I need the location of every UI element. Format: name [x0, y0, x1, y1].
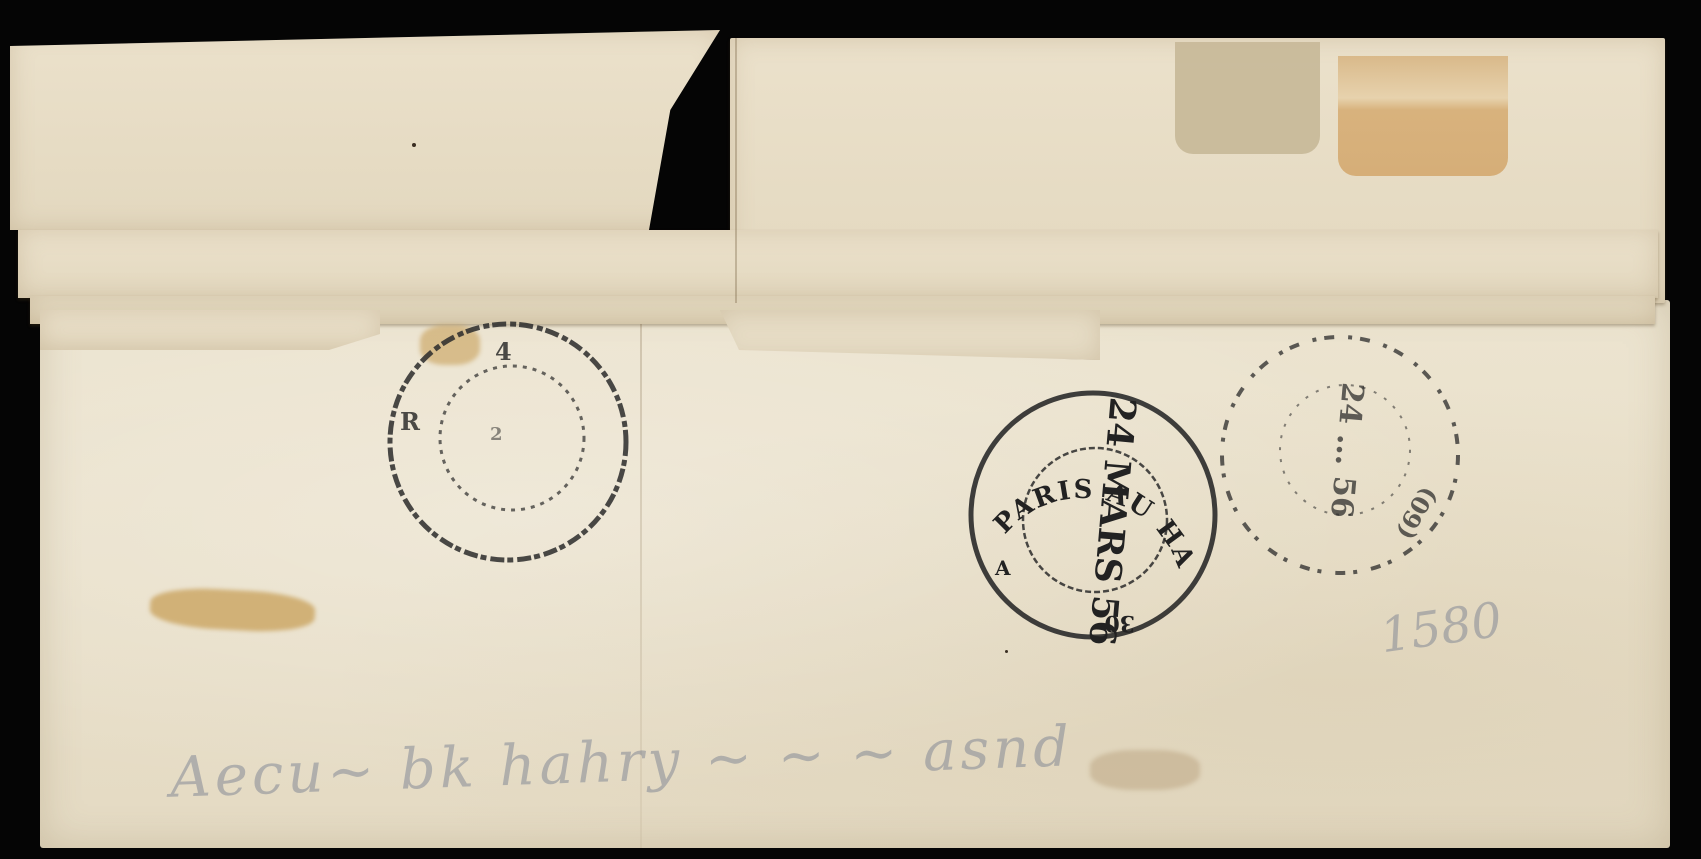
center-postmark: PARIS AU HAVRE 30 A 24 MARS 56	[965, 375, 1225, 650]
fold-crease	[735, 38, 737, 303]
svg-text:4: 4	[495, 337, 512, 366]
speck	[412, 143, 416, 147]
top-flap-left	[10, 30, 720, 230]
svg-text:(60): (60)	[1389, 481, 1442, 544]
svg-text:24 MARS 56: 24 MARS 56	[1080, 396, 1144, 648]
fold-tab-left	[40, 310, 380, 350]
right-postmark: 24 ... 56 (60)	[1215, 330, 1475, 575]
svg-text:R: R	[400, 407, 421, 436]
fold-strip	[18, 230, 1658, 298]
photo-background: R 4 2 PARIS AU HAVRE 30 A 24 MARS 56	[0, 0, 1701, 859]
svg-text:2: 2	[490, 424, 503, 445]
svg-text:24 ... 56: 24 ... 56	[1323, 381, 1370, 519]
svg-text:PARIS AU HAVRE: PARIS AU HAVRE	[953, 352, 1200, 572]
hinge-remnant-right	[1338, 56, 1508, 176]
left-postmark: R 4 2	[380, 320, 640, 560]
speck	[1005, 650, 1008, 653]
svg-text:A: A	[994, 556, 1011, 580]
stain	[1090, 750, 1200, 790]
hinge-remnant-left	[1175, 42, 1320, 154]
